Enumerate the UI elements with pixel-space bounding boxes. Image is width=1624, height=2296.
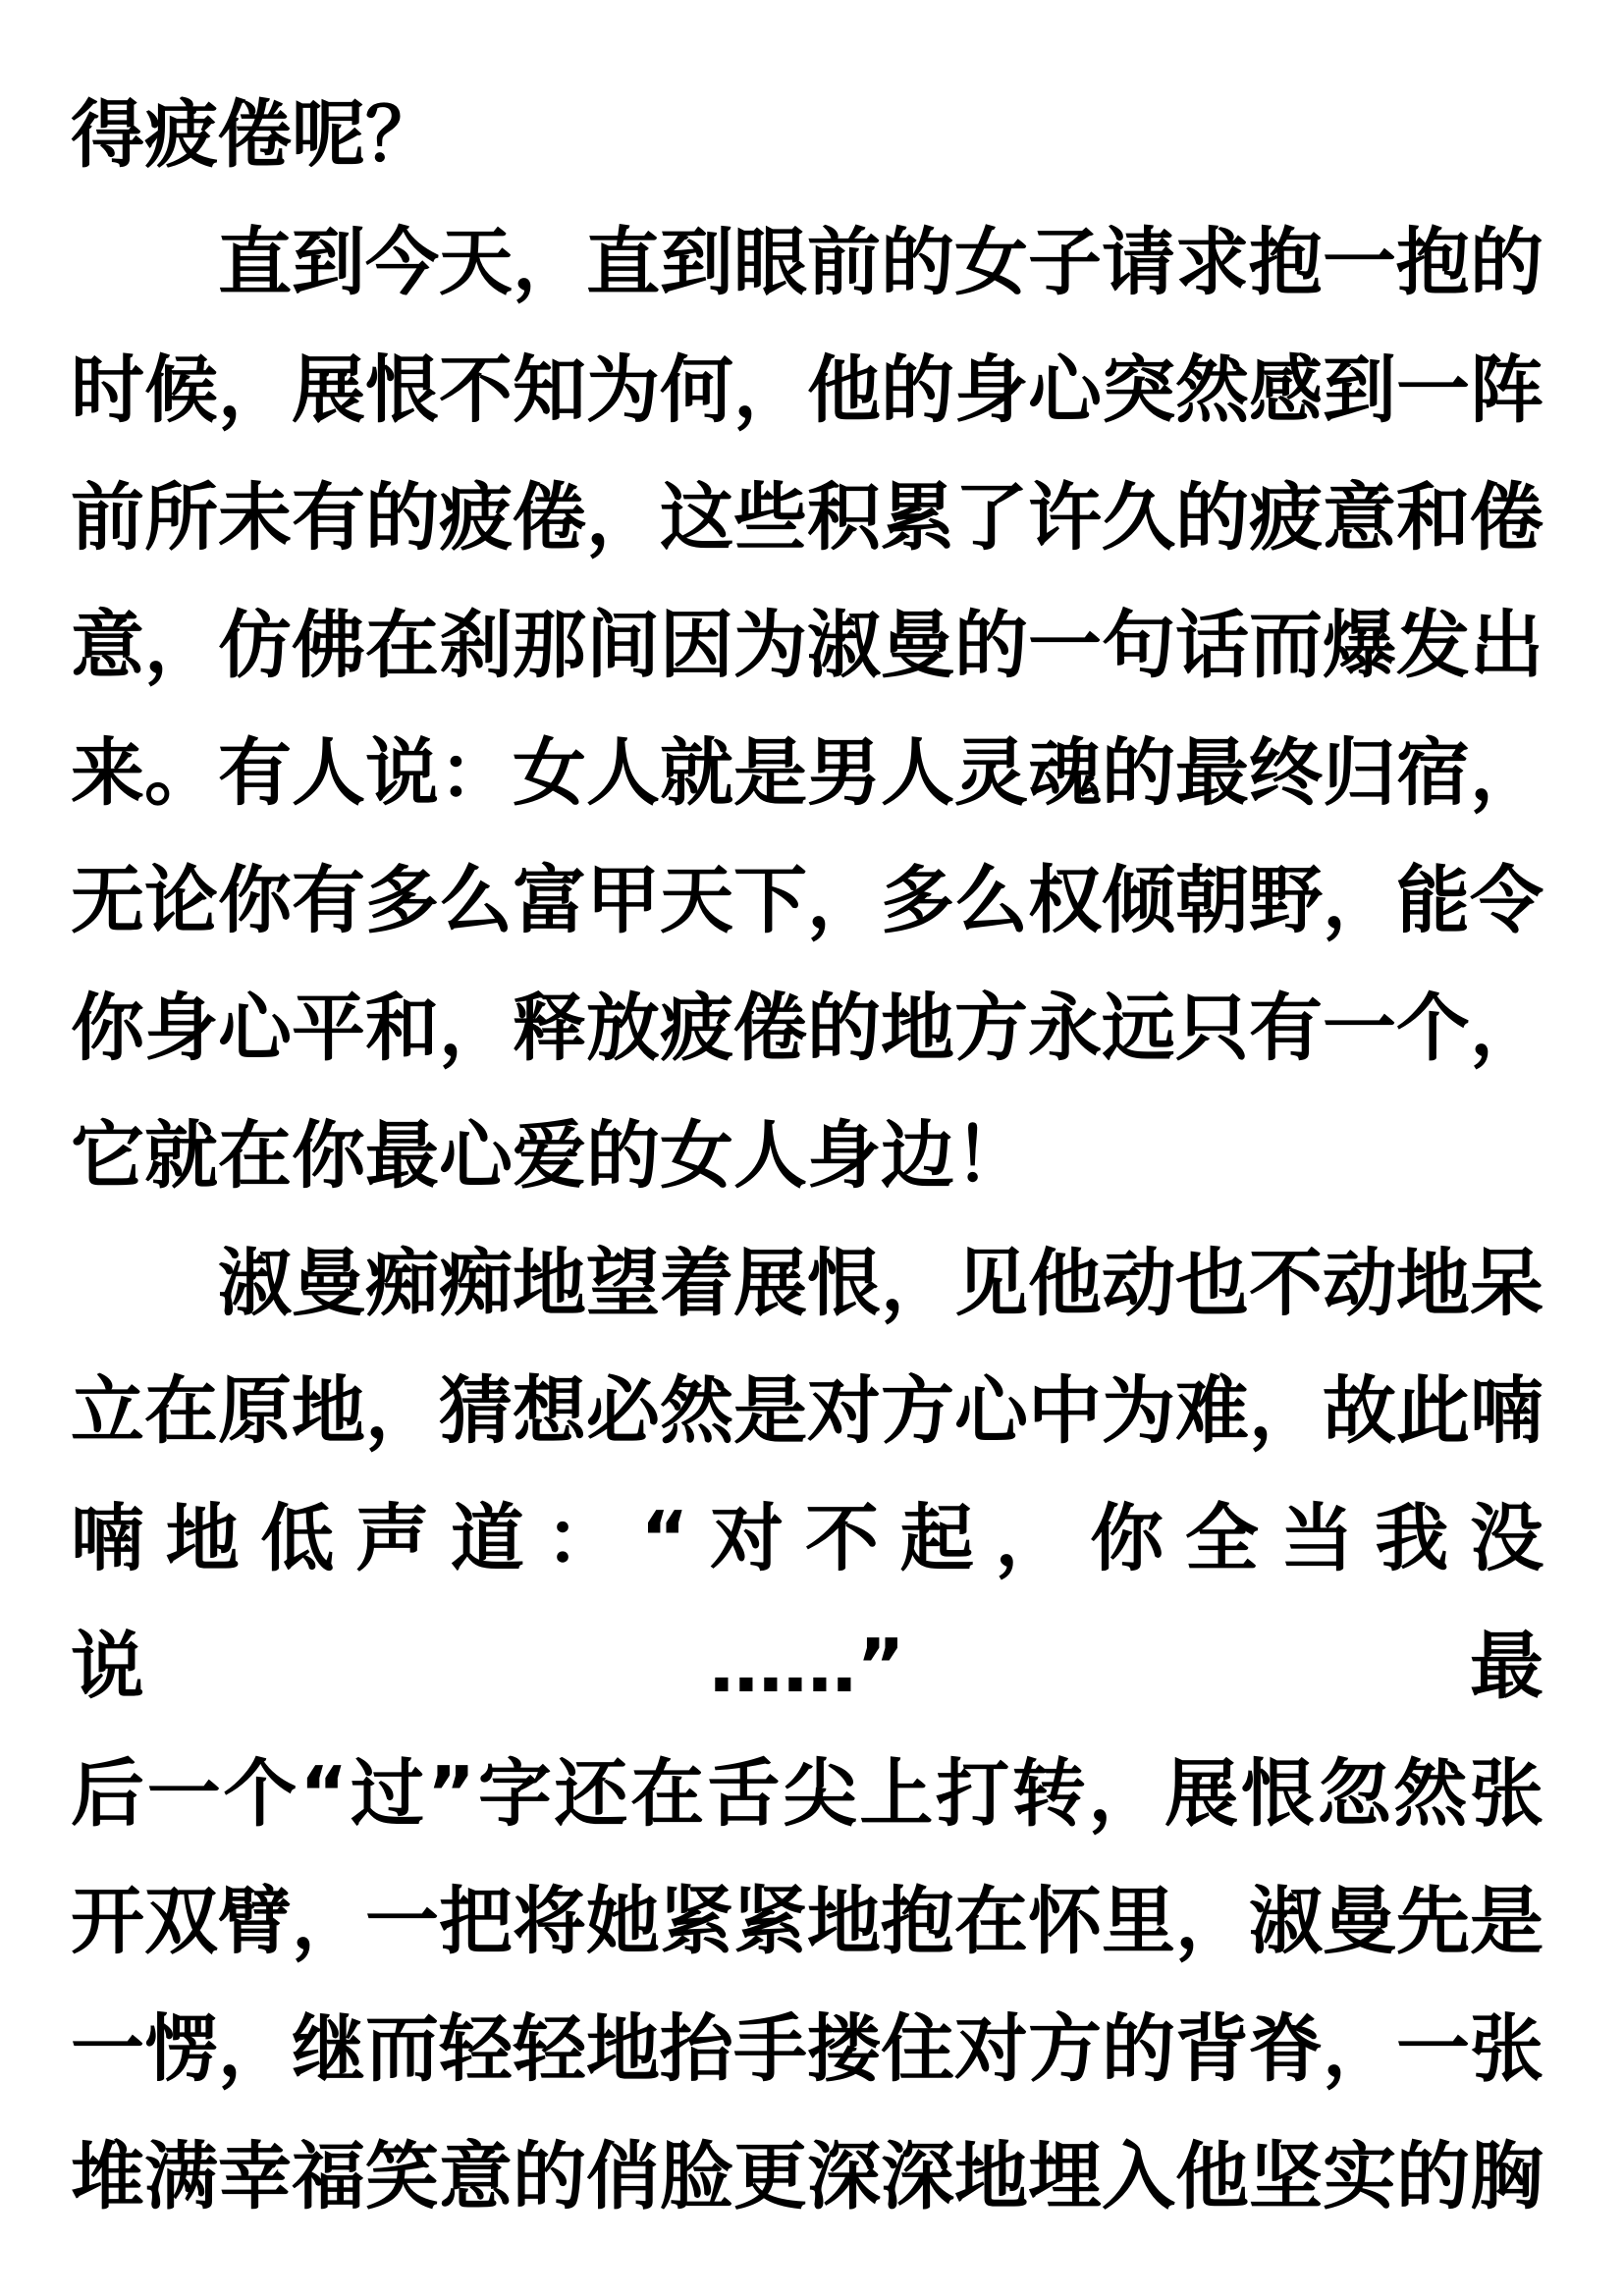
text-line: 开双臂，一把将她紧紧地抱在怀里，淑曼先是: [71, 1857, 1543, 1985]
text-line: 前所未有的疲倦，这些积累了许久的疲意和倦: [71, 454, 1543, 581]
text-line: 无论你有多么富甲天下，多么权倾朝野，能令: [71, 836, 1543, 964]
text-line: 一愣，继而轻轻地抬手搂住对方的背脊，一张: [71, 1985, 1543, 2112]
text-line: 它就在你最心爱的女人身边！: [71, 1092, 1543, 1219]
text-line: 意，仿佛在刹那间因为淑曼的一句话而爆发出: [71, 581, 1543, 709]
page-text: 得疲倦呢？直到今天，直到眼前的女子请求抱一抱的时候，展恨不知为何，他的身心突然感…: [71, 71, 1543, 2240]
text-line: 来。有人说：女人就是男人灵魂的最终归宿，: [71, 709, 1543, 836]
text-line: 喃地低声道：“对不起，你全当我没说……”最: [71, 1474, 1543, 1730]
text-line: 堆满幸福笑意的俏脸更深深地埋入他坚实的胸: [71, 2112, 1543, 2240]
text-line: 后一个“过”字还在舌尖上打转，展恨忽然张: [71, 1730, 1543, 1857]
text-line: 直到今天，直到眼前的女子请求抱一抱的: [71, 198, 1543, 326]
text-line: 时候，展恨不知为何，他的身心突然感到一阵: [71, 326, 1543, 454]
text-line: 得疲倦呢？: [71, 71, 1543, 198]
text-line: 淑曼痴痴地望着展恨，见他动也不动地呆: [71, 1219, 1543, 1347]
document-page: 得疲倦呢？直到今天，直到眼前的女子请求抱一抱的时候，展恨不知为何，他的身心突然感…: [0, 0, 1624, 2296]
text-line: 立在原地，猜想必然是对方心中为难，故此喃: [71, 1347, 1543, 1474]
text-line: 你身心平和，释放疲倦的地方永远只有一个，: [71, 964, 1543, 1092]
